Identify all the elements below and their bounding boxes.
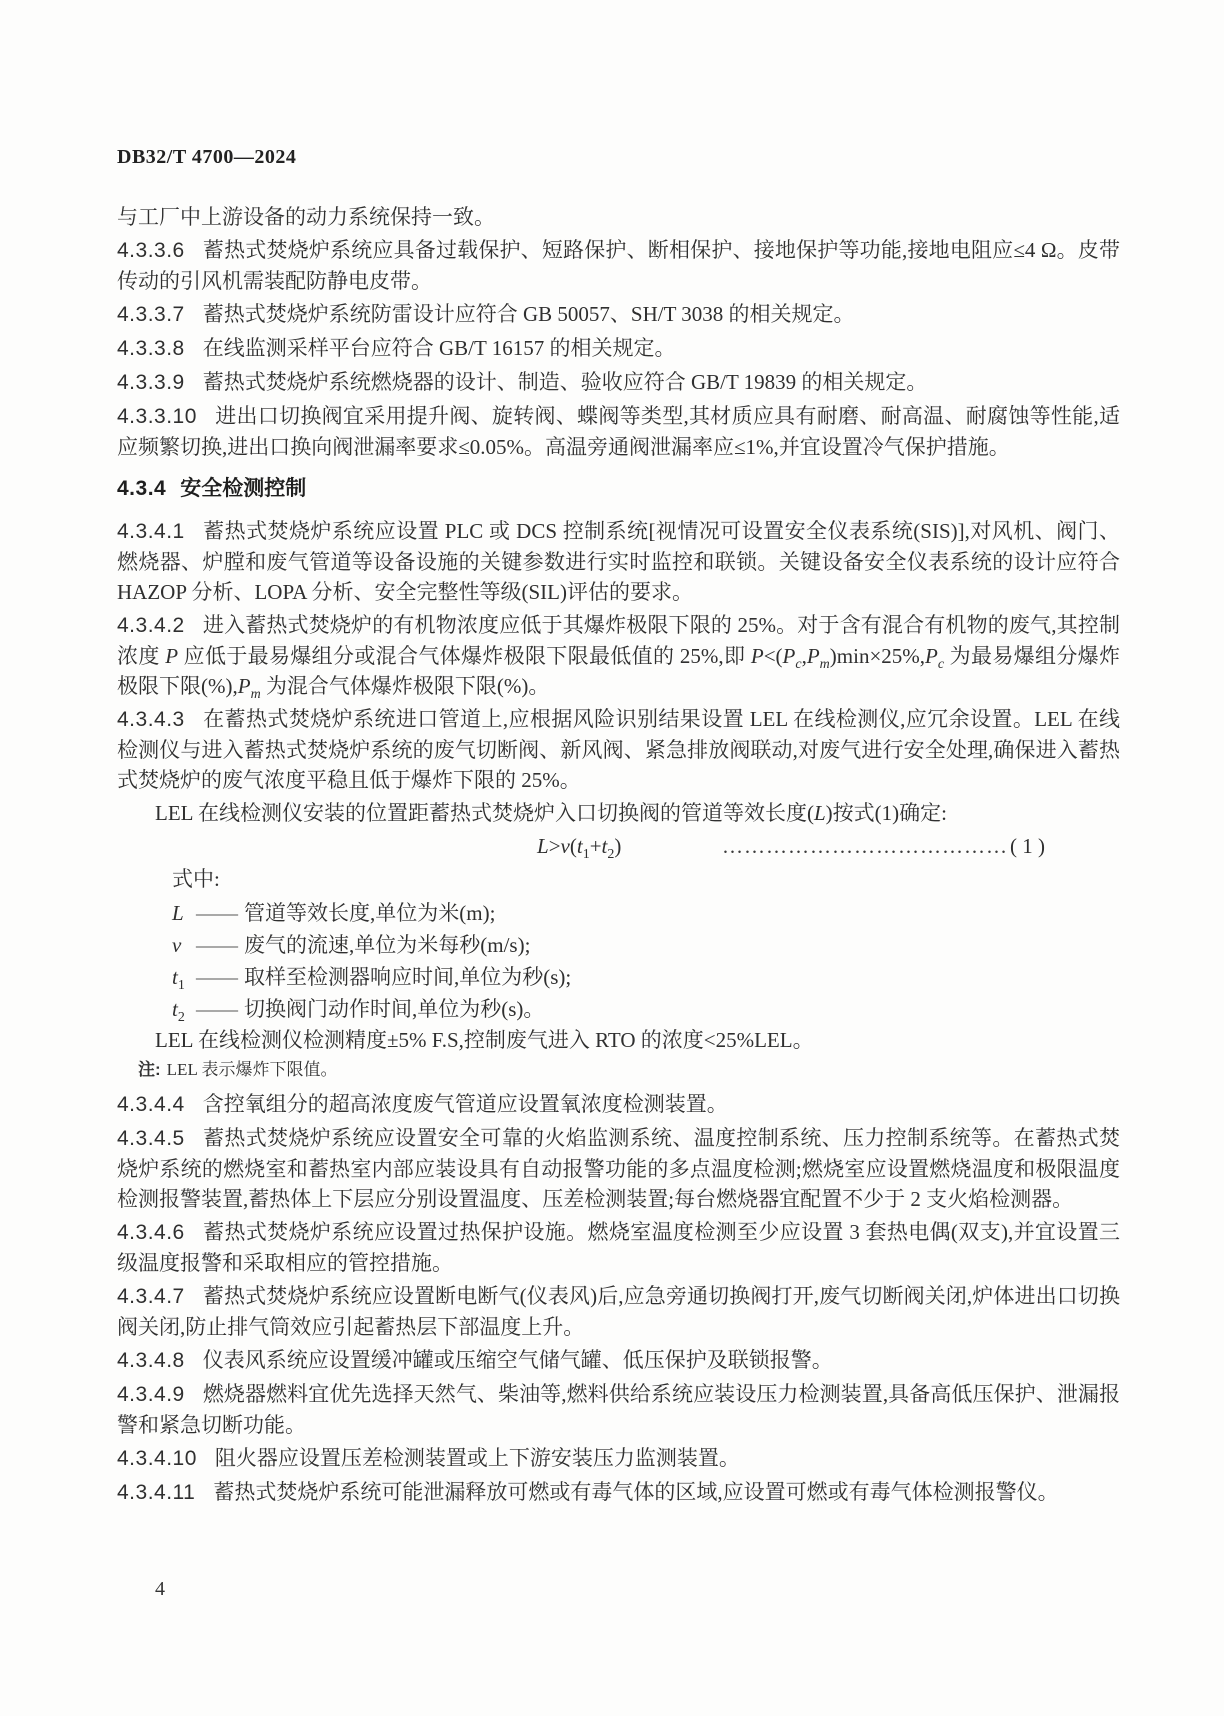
clause-text: 进出口切换阀宜采用提升阀、旋转阀、蝶阀等类型,其材质应具有耐磨、耐高温、耐腐蚀等… [117,404,1120,459]
clause-text: 蓄热式焚烧炉系统防雷设计应符合 GB 50057、SH/T 3038 的相关规定… [203,302,855,326]
clause-number: 4.3.4.3 [117,708,185,731]
document-page: DB32/T 4700—2024 与工厂中上游设备的动力系统保持一致。 4.3.… [0,0,1224,1716]
clause-number: 4.3.4.9 [117,1383,185,1406]
clause-4346: 4.3.4.6蓄热式焚烧炉系统应设置过热保护设施。燃烧室温度检测至少应设置 3 … [117,1217,1120,1278]
equation-row: L>v(t1+t2)…………………………………( 1 ) [117,831,1120,861]
clause-text: 进入蓄热式焚烧炉的有机物浓度应低于其爆炸极限下限的 25%。对于含有混合有机物的… [117,613,1120,698]
section-heading-434: 4.3.4安全检测控制 [117,474,1120,504]
definition-symbol: v [172,929,192,961]
clause-text: 在蓄热式焚烧炉系统进口管道上,应根据风险识别结果设置 LEL 在线检测仪,应冗余… [117,707,1120,792]
clause-text: 含控氧组分的超高浓度废气管道应设置氧浓度检测装置。 [203,1092,728,1116]
definition-symbol: t1 [172,961,192,993]
clause-text: 蓄热式焚烧炉系统可能泄漏释放可燃或有毒气体的区域,应设置可燃或有毒气体检测报警仪… [213,1480,1058,1504]
definition-item-t1: t1——取样至检测器响应时间,单位为秒(s); [117,961,1120,993]
clause-number: 4.3.3.8 [117,337,185,360]
definition-item-v: v——废气的流速,单位为米每秒(m/s); [117,929,1120,961]
definition-item-t2: t2——切换阀门动作时间,单位为秒(s)。 [117,993,1120,1025]
clause-text: 蓄热式焚烧炉系统燃烧器的设计、制造、验收应符合 GB/T 19839 的相关规定… [203,370,928,394]
clause-number: 4.3.3.9 [117,371,185,394]
page-number: 4 [155,1578,165,1601]
clause-text: 仪表风系统应设置缓冲罐或压缩空气储气罐、低压保护及联锁报警。 [203,1348,833,1372]
equation-number: ( 1 ) [1010,831,1045,861]
note-text: LEL 表示爆炸下限值。 [167,1060,338,1079]
clause-number: 4.3.4.4 [117,1093,185,1116]
definition-dash: —— [196,901,238,925]
equation-dot-leader: ………………………………… [651,831,1008,861]
clause-number: 4.3.4.11 [117,1481,195,1504]
note-paragraph: 注:LEL 表示爆炸下限值。 [117,1059,1120,1081]
clause-4343: 4.3.4.3在蓄热式焚烧炉系统进口管道上,应根据风险识别结果设置 LEL 在线… [117,704,1120,795]
clause-text: 蓄热式焚烧炉系统应设置断电断气(仪表风)后,应急旁通切换阀打开,废气切断阀关闭,… [117,1284,1120,1339]
clause-4338: 4.3.3.8在线监测采样平台应符合 GB/T 16157 的相关规定。 [117,333,1120,364]
definition-desc: 取样至检测器响应时间,单位为秒(s); [244,965,571,989]
clause-4341: 4.3.4.1蓄热式焚烧炉系统应设置 PLC 或 DCS 控制系统[视情况可设置… [117,516,1120,607]
clause-number: 4.3.4.8 [117,1349,185,1372]
doc-number: DB32/T 4700—2024 [117,144,1120,170]
where-label: 式中: [117,864,1120,894]
note-label: 注: [138,1060,161,1079]
clause-4347: 4.3.4.7蓄热式焚烧炉系统应设置断电断气(仪表风)后,应急旁通切换阀打开,废… [117,1281,1120,1342]
clause-4345: 4.3.4.5蓄热式焚烧炉系统应设置安全可靠的火焰监测系统、温度控制系统、压力控… [117,1123,1120,1214]
clause-number: 4.3.3.6 [117,239,185,262]
lel-accuracy-paragraph: LEL 在线检测仪检测精度±5% F.S,控制废气进入 RTO 的浓度<25%L… [117,1025,1120,1055]
clause-text: 蓄热式焚烧炉系统应具备过载保护、短路保护、断相保护、接地保护等功能,接地电阻应≤… [117,238,1120,293]
clause-number: 4.3.4.2 [117,614,185,637]
definition-symbol: L [172,897,192,929]
document-body: 与工厂中上游设备的动力系统保持一致。 4.3.3.6蓄热式焚烧炉系统应具备过载保… [117,202,1120,1508]
definition-item-L: L——管道等效长度,单位为米(m); [117,897,1120,929]
definition-dash: —— [196,933,238,957]
lel-position-paragraph: LEL 在线检测仪安装的位置距蓄热式焚烧炉入口切换阀的管道等效长度(L)按式(1… [117,798,1120,828]
clause-43411: 4.3.4.11蓄热式焚烧炉系统可能泄漏释放可燃或有毒气体的区域,应设置可燃或有… [117,1477,1120,1508]
clause-text: 蓄热式焚烧炉系统应设置过热保护设施。燃烧室温度检测至少应设置 3 套热电偶(双支… [117,1220,1120,1275]
clause-text: 蓄热式焚烧炉系统应设置安全可靠的火焰监测系统、温度控制系统、压力控制系统等。在蓄… [117,1126,1120,1211]
clause-number: 4.3.4.10 [117,1447,197,1470]
definition-desc: 废气的流速,单位为米每秒(m/s); [244,933,530,957]
definition-dash: —— [196,965,238,989]
section-number: 4.3.4 [117,477,166,500]
clause-4344: 4.3.4.4含控氧组分的超高浓度废气管道应设置氧浓度检测装置。 [117,1089,1120,1120]
definition-desc: 管道等效长度,单位为米(m); [244,901,495,925]
definition-dash: —— [196,997,238,1021]
clause-4342: 4.3.4.2进入蓄热式焚烧炉的有机物浓度应低于其爆炸极限下限的 25%。对于含… [117,610,1120,701]
clause-text: 燃烧器燃料宜优先选择天然气、柴油等,燃料供给系统应装设压力检测装置,具备高低压保… [117,1382,1120,1437]
clause-43410: 4.3.4.10阻火器应设置压差检测装置或上下游安装压力监测装置。 [117,1443,1120,1474]
clause-4336: 4.3.3.6蓄热式焚烧炉系统应具备过载保护、短路保护、断相保护、接地保护等功能… [117,235,1120,296]
equation-formula: L>v(t1+t2) [537,831,621,861]
clause-4348: 4.3.4.8仪表风系统应设置缓冲罐或压缩空气储气罐、低压保护及联锁报警。 [117,1345,1120,1376]
clause-4337: 4.3.3.7蓄热式焚烧炉系统防雷设计应符合 GB 50057、SH/T 303… [117,299,1120,330]
clause-number: 4.3.4.1 [117,520,185,543]
clause-text: 蓄热式焚烧炉系统应设置 PLC 或 DCS 控制系统[视情况可设置安全仪表系统(… [117,519,1120,604]
section-title: 安全检测控制 [180,477,306,500]
clause-number: 4.3.4.5 [117,1127,185,1150]
clause-text: 阻火器应设置压差检测装置或上下游安装压力监测装置。 [215,1446,740,1470]
clause-number: 4.3.4.7 [117,1285,185,1308]
clause-number: 4.3.3.7 [117,303,185,326]
clause-text: 在线监测采样平台应符合 GB/T 16157 的相关规定。 [203,336,676,360]
clause-number: 4.3.3.10 [117,405,197,428]
definition-desc: 切换阀门动作时间,单位为秒(s)。 [244,997,544,1021]
clause-4349: 4.3.4.9燃烧器燃料宜优先选择天然气、柴油等,燃料供给系统应装设压力检测装置… [117,1379,1120,1440]
clause-43310: 4.3.3.10进出口切换阀宜采用提升阀、旋转阀、蝶阀等类型,其材质应具有耐磨、… [117,401,1120,462]
clause-number: 4.3.4.6 [117,1221,185,1244]
definition-symbol: t2 [172,993,192,1025]
clause-4339: 4.3.3.9蓄热式焚烧炉系统燃烧器的设计、制造、验收应符合 GB/T 1983… [117,367,1120,398]
intro-paragraph: 与工厂中上游设备的动力系统保持一致。 [117,202,1120,232]
